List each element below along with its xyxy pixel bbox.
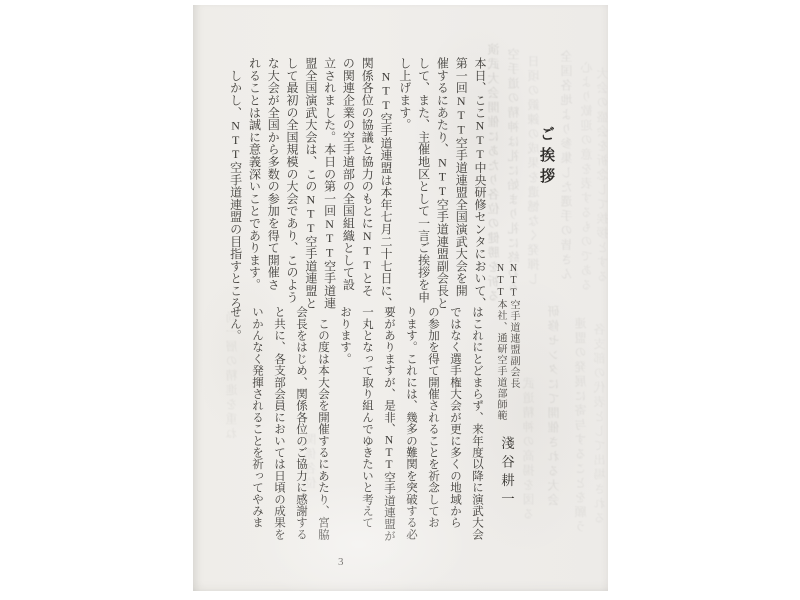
author-name: 淺谷耕一 [496,436,516,510]
scan-background: 演武大会開催にあたり各位の健勝を祈る 空手道の精神は礼に始まり礼に終わる 日頃の… [0,0,800,600]
author-role-line2: NTT本社、通研空手道部師範 [493,263,508,421]
text-column: しかし、NTT空手道連盟の目指すところ [226,57,245,307]
bleedthrough-column: 空手道の精神は礼に始まり礼に終わる [505,48,522,295]
text-column: この度は本大会を開催するにあたり、宮脇 [312,306,334,542]
text-column: ではなく選手権大会が更に多くの地域から [444,306,466,542]
bleedthrough-column: 各支部の代表として出場される [591,323,608,526]
text-column: 本日、ここNTT中央研修センタにおいて、 [470,57,489,307]
text-column: と共に、各支部会員においては日頃の成果を [268,306,290,542]
text-column: 第一回NTT空手道連盟全国演武大会を開 [451,57,470,307]
text-column: 要がありますが、是非、NTT空手道連盟が [378,306,400,542]
text-column: し上げます。 [395,57,414,307]
scanned-page: 演武大会開催にあたり各位の健勝を祈る 空手道の精神は礼に始まり礼に終わる 日頃の… [193,5,608,591]
text-column: おります。 [334,306,356,542]
bleedthrough-column: 研修センタにて開催される大会 [545,305,562,508]
page-number: 3 [338,556,344,568]
text-column: 立されました。本日の第一回NTT空手道連 [320,57,339,307]
text-column: 会長をはじめ、関係各位のご協力に感謝する [290,306,312,542]
bleedthrough-column: 全国各地より参集した選手の皆さん [558,50,575,282]
text-column: はこれにとどまらず、来年度以降に演武大会 [466,306,488,542]
text-column: の参加を得て開催されることを祈念してお [422,306,444,542]
text-column: いかんなく発揮されることを祈ってやみま [246,306,268,542]
text-column: の関連企業の空手道部の全国組織として設 [339,57,358,307]
bleedthrough-column: 連盟の発展に寄与することを願う [572,317,589,535]
text-column: して、また、主催地区として一言ご挨拶を申 [414,57,433,307]
text-column: な大会が全国から多数の参加を得て開催さ [263,57,282,307]
bleedthrough-column: 大会の盛会を祈念して挨拶とする [594,67,608,285]
text-column: れることは誠に意義深いことであります。 [245,57,264,307]
text-column: 一丸となって取り組んでゆきたいと考えて [356,306,378,542]
text-column: 関係各位の協議と協力のもとにNTTとそ [357,57,376,307]
bleedthrough-column: 武道精神の高揚を図る [520,377,537,522]
bleedthrough-column: 心より歓迎の意を表するものである [578,61,595,293]
text-column: せん。 [224,306,246,542]
author-role-line1: NTT空手道連盟副会長 [506,263,521,389]
text-column: ります。これには、幾多の難関を突破する必 [400,306,422,542]
text-column: して最初の全国規模の大会であり、このよう [282,57,301,307]
text-column: 催するにあたり、NTT空手道連盟副会長と [433,57,452,307]
body-upper-band: 本日、ここNTT中央研修センタにおいて、第一回NTT空手道連盟全国演武大会を開催… [225,57,489,307]
body-lower-band: はこれにとどまらず、来年度以降に演武大会ではなく選手権大会が更に多くの地域からの… [224,306,488,542]
text-column: 盟全国演武大会は、このNTT空手道連盟と [301,57,320,307]
page-title: ご挨拶 [536,126,557,189]
text-column: NTT空手道連盟は本年七月二十七日に、 [376,57,395,307]
